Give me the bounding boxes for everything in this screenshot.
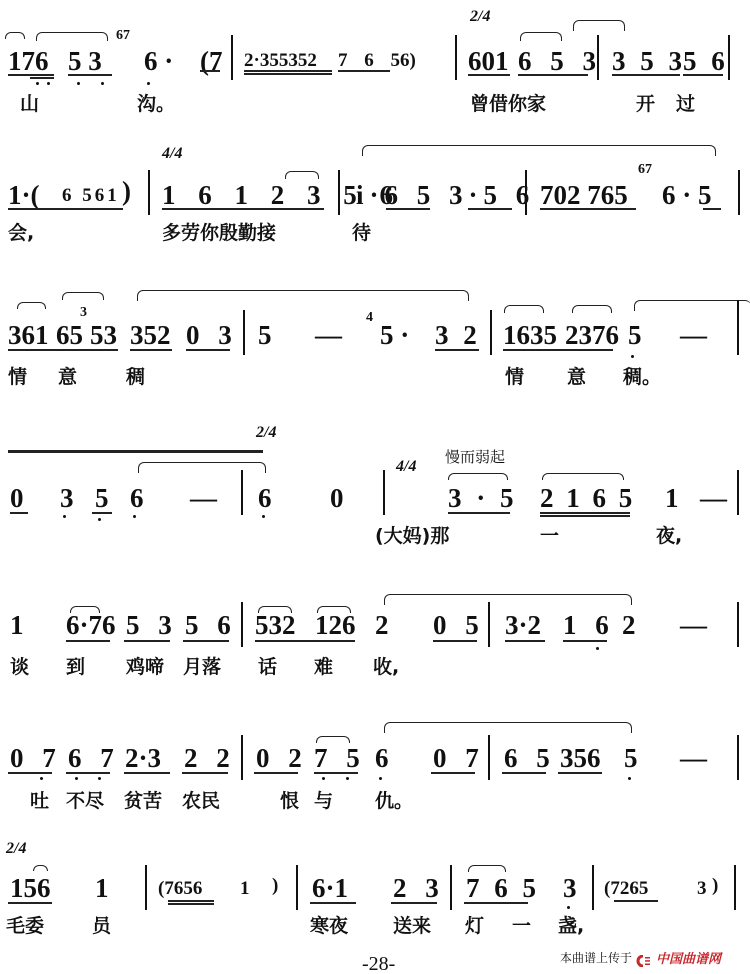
note-group: 0 2 xyxy=(256,745,308,772)
bar-line xyxy=(488,735,490,780)
dash: — xyxy=(680,745,707,772)
note-group: 3 5 3 xyxy=(612,48,686,75)
note-group: i·6 5 3·5 6 xyxy=(356,182,535,209)
note-group: 6·76 xyxy=(66,612,116,639)
note-group: 6 5 3 xyxy=(518,48,602,75)
dash: — xyxy=(680,322,707,349)
note-group: 1·( xyxy=(8,182,40,209)
phrase-tie xyxy=(8,450,263,453)
note: 5 xyxy=(258,322,272,349)
bar-line xyxy=(728,35,730,80)
slur xyxy=(504,305,544,313)
slur xyxy=(572,305,612,313)
lyric: 不尽 xyxy=(66,792,104,811)
note-group: 2·355352 xyxy=(244,50,317,72)
note-group: 0 7 xyxy=(10,745,62,772)
lyric: 收, xyxy=(373,658,399,677)
page-number: -28- xyxy=(362,953,395,974)
note-group: 6 5 xyxy=(504,745,556,772)
lyric: 多劳你殷勤接 xyxy=(162,224,276,243)
bar-line xyxy=(231,35,233,80)
lyric: 曾借你家 xyxy=(470,95,546,114)
slur xyxy=(468,865,506,872)
note-group: 1 6 xyxy=(563,612,615,639)
note-group: 0 3 xyxy=(186,322,238,349)
lyric: (大妈)那 xyxy=(375,527,449,546)
note-group: 601 xyxy=(468,48,509,75)
lyric: 过 xyxy=(676,95,695,114)
bar-line xyxy=(592,865,594,910)
note-group: 0 7 xyxy=(433,745,485,772)
note: 3 xyxy=(563,875,577,902)
bar-line xyxy=(737,735,739,780)
note: 1 xyxy=(95,875,109,902)
note-group: 3 2 xyxy=(435,322,481,349)
note-group: 6 · 5 xyxy=(662,182,712,209)
lyric: 月落 xyxy=(183,658,221,677)
lyric: 沟。 xyxy=(137,95,175,114)
bar-line xyxy=(737,300,739,355)
note-group: 702 765 xyxy=(540,182,628,209)
lyric: 与 xyxy=(314,792,333,811)
note: 0 xyxy=(10,485,24,512)
bar-line xyxy=(148,170,150,215)
tie xyxy=(573,20,625,31)
note-group: 3·2 xyxy=(505,612,541,639)
bar-line xyxy=(241,602,243,647)
tie xyxy=(138,462,266,473)
lyric: 稠 xyxy=(126,368,145,387)
note-group: 126 xyxy=(315,612,356,639)
note: 2 xyxy=(622,612,636,639)
note-group: 156 xyxy=(10,875,51,902)
lyric: 恨 xyxy=(280,792,299,811)
note-group: 1635 xyxy=(503,322,557,349)
lyric: 农民 xyxy=(182,792,220,811)
time-signature: 2/4 xyxy=(6,840,26,858)
lyric: 吐 xyxy=(30,792,49,811)
note-group: 6 7 xyxy=(68,745,120,772)
time-signature: 4/4 xyxy=(396,458,416,476)
lyric: 谈 xyxy=(10,658,29,677)
lyric: 到 xyxy=(66,658,85,677)
note-group: 2 2 xyxy=(184,745,236,772)
bar-line xyxy=(243,310,245,355)
lyric: 灯 xyxy=(465,917,484,936)
lyric: 意 xyxy=(58,368,77,387)
note: 3 xyxy=(60,485,74,512)
lyric: 贫苦 xyxy=(124,792,162,811)
note-group: 361 xyxy=(8,322,49,349)
grace-notes: 67 xyxy=(116,28,130,44)
bracket: ) xyxy=(712,875,718,897)
lyric: 仇。 xyxy=(375,792,413,811)
bar-line xyxy=(737,602,739,647)
note: 6) xyxy=(400,50,416,72)
bar-line xyxy=(455,35,457,80)
note: 1 xyxy=(240,878,250,900)
phrase-slur xyxy=(137,290,469,301)
bar-line xyxy=(450,865,452,910)
grace-notes: 67 xyxy=(638,162,652,178)
lyric: 送来 xyxy=(393,917,431,936)
lyric: 夜, xyxy=(656,527,682,546)
phrase-slur xyxy=(384,722,632,733)
bar-line xyxy=(241,470,243,515)
phrase-slur xyxy=(384,594,632,605)
note: 5 xyxy=(95,485,109,512)
slur xyxy=(520,32,562,41)
bar-line xyxy=(383,470,385,515)
note: 1 xyxy=(10,612,24,639)
watermark-text: 本曲谱上传于 xyxy=(560,949,632,966)
lyric: 会, xyxy=(8,224,34,243)
lyric: 一 xyxy=(512,917,531,936)
phrase-slur xyxy=(362,145,716,156)
dash: — xyxy=(315,322,342,349)
lyric: 情 xyxy=(8,368,27,387)
lyric: 意 xyxy=(567,368,586,387)
lyric: 山 xyxy=(20,95,39,114)
note-group: 2 1 6 5 xyxy=(540,485,635,512)
note: 5 xyxy=(624,745,638,772)
note: 3 xyxy=(697,878,707,900)
note-group: 7 6 5 xyxy=(338,50,406,72)
note: 5 xyxy=(628,322,642,349)
grace-note: 3 xyxy=(80,305,87,321)
note-group: 6 561 xyxy=(62,185,120,207)
bracket: ) xyxy=(272,875,278,897)
site-logo-icon xyxy=(636,952,652,964)
slur xyxy=(33,865,48,871)
bar-line xyxy=(737,470,739,515)
note: 5 · xyxy=(380,322,409,349)
lyric: 寒夜 xyxy=(310,917,348,936)
time-signature: 2/4 xyxy=(256,424,276,442)
note-group: 532 xyxy=(255,612,296,639)
note-group: (7656 xyxy=(158,878,202,900)
slur xyxy=(448,473,508,480)
lyric: 难 xyxy=(314,658,333,677)
note-group: 176 xyxy=(8,48,49,75)
slur xyxy=(542,473,624,480)
lyric: 开 xyxy=(636,95,655,114)
lyric: 鸡啼 xyxy=(126,658,164,677)
lyric: 情 xyxy=(505,368,524,387)
time-signature: 4/4 xyxy=(162,145,182,163)
note-group: 2·3 xyxy=(125,745,161,772)
tie-mark xyxy=(5,32,25,39)
note-group: 7 5 xyxy=(314,745,366,772)
note: 6 xyxy=(258,485,272,512)
note-group: 0 5 xyxy=(433,612,485,639)
lyric: 盏, xyxy=(558,917,584,936)
note-group: 53 xyxy=(90,322,117,349)
lyric: 一 xyxy=(540,527,559,546)
bar-line xyxy=(241,735,243,780)
lyric: 员 xyxy=(92,917,111,936)
slur xyxy=(17,302,46,309)
note-group: 3 · 5 xyxy=(448,485,518,512)
slur xyxy=(285,171,319,179)
watermark: 本曲谱上传于 中国曲谱网 xyxy=(560,948,721,967)
note: 6 · xyxy=(144,48,173,75)
dash: — xyxy=(190,485,217,512)
note-group: 2376 xyxy=(565,322,619,349)
note: 6 xyxy=(375,745,389,772)
phrase-slur xyxy=(634,300,750,311)
bar-line xyxy=(145,865,147,910)
slur xyxy=(316,736,350,743)
bracket: ) xyxy=(122,178,131,205)
bar-line xyxy=(296,865,298,910)
bar-line xyxy=(734,865,736,910)
note-group: 2 3 xyxy=(393,875,445,902)
note-group: 7 6 5 xyxy=(466,875,540,902)
note-group: 356 xyxy=(560,745,601,772)
rest: 0 xyxy=(330,485,344,512)
bar-line xyxy=(525,170,527,215)
note-group: 5 6 xyxy=(683,48,729,75)
watermark-brand: 中国曲谱网 xyxy=(656,948,721,967)
lyric: 待 xyxy=(352,224,371,243)
note: 6 xyxy=(130,485,144,512)
note-group: 6·1 xyxy=(312,875,348,902)
expression-marking: 慢而弱起 xyxy=(445,450,505,465)
lyric: 稠。 xyxy=(623,368,661,387)
bar-line xyxy=(488,602,490,647)
lyric: 话 xyxy=(258,658,277,677)
note-group: 5 3 xyxy=(68,48,102,75)
dash: — xyxy=(680,612,707,639)
note-group: 5 3 xyxy=(126,612,178,639)
bar-line xyxy=(597,35,599,80)
dash: — xyxy=(700,485,727,512)
grace-note: 4 xyxy=(366,310,373,326)
bar-line xyxy=(490,310,492,355)
slur xyxy=(36,32,108,41)
lyric: 毛委 xyxy=(6,917,44,936)
slur xyxy=(62,292,104,300)
note-group: 5 6 xyxy=(185,612,237,639)
bar-line xyxy=(738,170,740,215)
note-group: (7265 xyxy=(604,878,648,900)
note-group: 352 xyxy=(130,322,171,349)
note: 2 xyxy=(375,612,389,639)
note: 1 xyxy=(665,485,679,512)
bar-line xyxy=(338,170,340,215)
note-group: 65 xyxy=(56,322,83,349)
time-signature: 2/4 xyxy=(470,8,490,26)
